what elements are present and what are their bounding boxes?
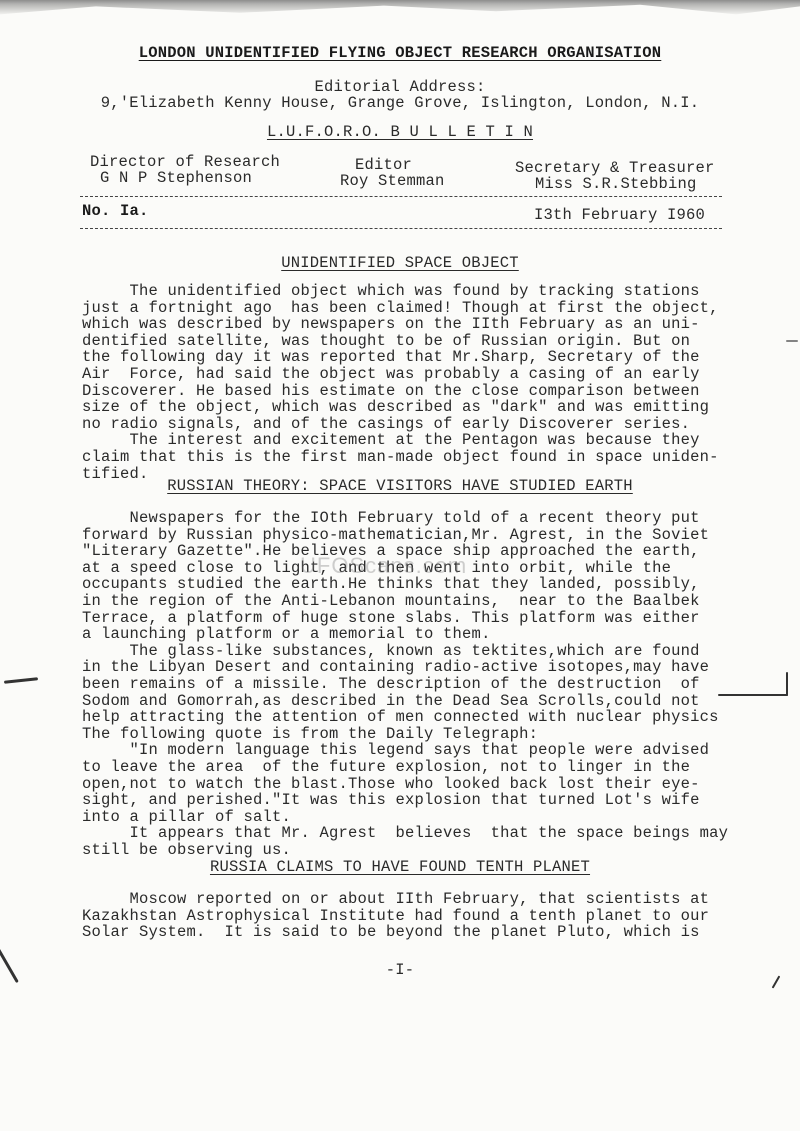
bulletin-page: LONDON UNIDENTIFIED FLYING OBJECT RESEAR… — [0, 0, 800, 1131]
organisation-title: LONDON UNIDENTIFIED FLYING OBJECT RESEAR… — [0, 45, 800, 62]
body-line: Solar System. It is said to be beyond th… — [82, 924, 700, 941]
body-line: The unidentified object which was found … — [82, 283, 700, 300]
bulletin-title: L.U.F.O.R.O. B U L L E T I N — [0, 124, 800, 141]
body-line: size of the object, which was described … — [82, 399, 709, 416]
body-line: been remains of a missile. The descripti… — [82, 676, 700, 693]
body-line: no radio signals, and of the casings of … — [82, 416, 690, 433]
section-heading-russian-theory: RUSSIAN THEORY: SPACE VISITORS HAVE STUD… — [0, 478, 800, 495]
section-heading-tenth-planet: RUSSIA CLAIMS TO HAVE FOUND TENTH PLANET — [0, 859, 800, 876]
body-line: a launching platform or a memorial to th… — [82, 626, 491, 643]
body-line: in the Libyan Desert and containing radi… — [82, 659, 709, 676]
divider-top — [80, 196, 722, 197]
margin-mark-right-vertical — [786, 672, 788, 696]
body-line: to leave the area of the future explosio… — [82, 759, 690, 776]
body-line: It appears that Mr. Agrest believes that… — [82, 825, 728, 842]
editor-name: Roy Stemman — [340, 173, 445, 190]
section-heading-space-object: UNIDENTIFIED SPACE OBJECT — [0, 255, 800, 272]
body-line: "In modern language this legend says tha… — [82, 742, 709, 759]
body-line: in the region of the Anti-Lebanon mounta… — [82, 593, 700, 610]
margin-mark-right — [718, 694, 788, 696]
body-line: Moscow reported on or about IIth Februar… — [82, 891, 709, 908]
body-line: open,not to watch the blast.Those who lo… — [82, 776, 700, 793]
body-line: still be observing us. — [82, 842, 291, 859]
body-line: Discoverer. He based his estimate on the… — [82, 383, 700, 400]
body-line: into a pillar of salt. — [82, 809, 291, 826]
editorial-address: 9,'Elizabeth Kenny House, Grange Grove, … — [0, 95, 800, 112]
body-line: forward by Russian physico-mathematician… — [82, 527, 709, 544]
body-line: Air Force, had said the object was proba… — [82, 366, 700, 383]
margin-mark-left — [4, 677, 38, 684]
director-name: G N P Stephenson — [100, 170, 252, 187]
divider-bottom — [80, 228, 722, 229]
body-line: Newspapers for the IOth February told of… — [82, 510, 700, 527]
scan-edge-artifact — [0, 0, 800, 16]
margin-mark-small — [786, 340, 798, 342]
body-line: claim that this is the first man-made ob… — [82, 449, 719, 466]
issue-date: I3th February I960 — [534, 207, 705, 224]
secretary-name: Miss S.R.Stebbing — [535, 176, 697, 193]
body-line: just a fortnight ago has been claimed! T… — [82, 300, 719, 317]
body-line: dentified satellite, was thought to be o… — [82, 333, 690, 350]
body-line: sight, and perished."It was this explosi… — [82, 792, 700, 809]
body-line: Sodom and Gomorrah,as described in the D… — [82, 693, 700, 710]
page-number: -I- — [0, 962, 800, 979]
body-line: The interest and excitement at the Penta… — [82, 432, 700, 449]
issue-number: No. Ia. — [82, 203, 149, 220]
body-line: the following day it was reported that M… — [82, 349, 700, 366]
body-line: The glass-like substances, known as tekt… — [82, 643, 700, 660]
body-line: Terrace, a platform of huge stone slabs.… — [82, 610, 700, 627]
body-line: Kazakhstan Astrophysical Institute had f… — [82, 908, 709, 925]
body-line: help attracting the attention of men con… — [82, 709, 719, 726]
watermark: UFOScans.com — [300, 553, 467, 579]
body-line: which was described by newspapers on the… — [82, 316, 700, 333]
body-line: The following quote is from the Daily Te… — [82, 726, 538, 743]
